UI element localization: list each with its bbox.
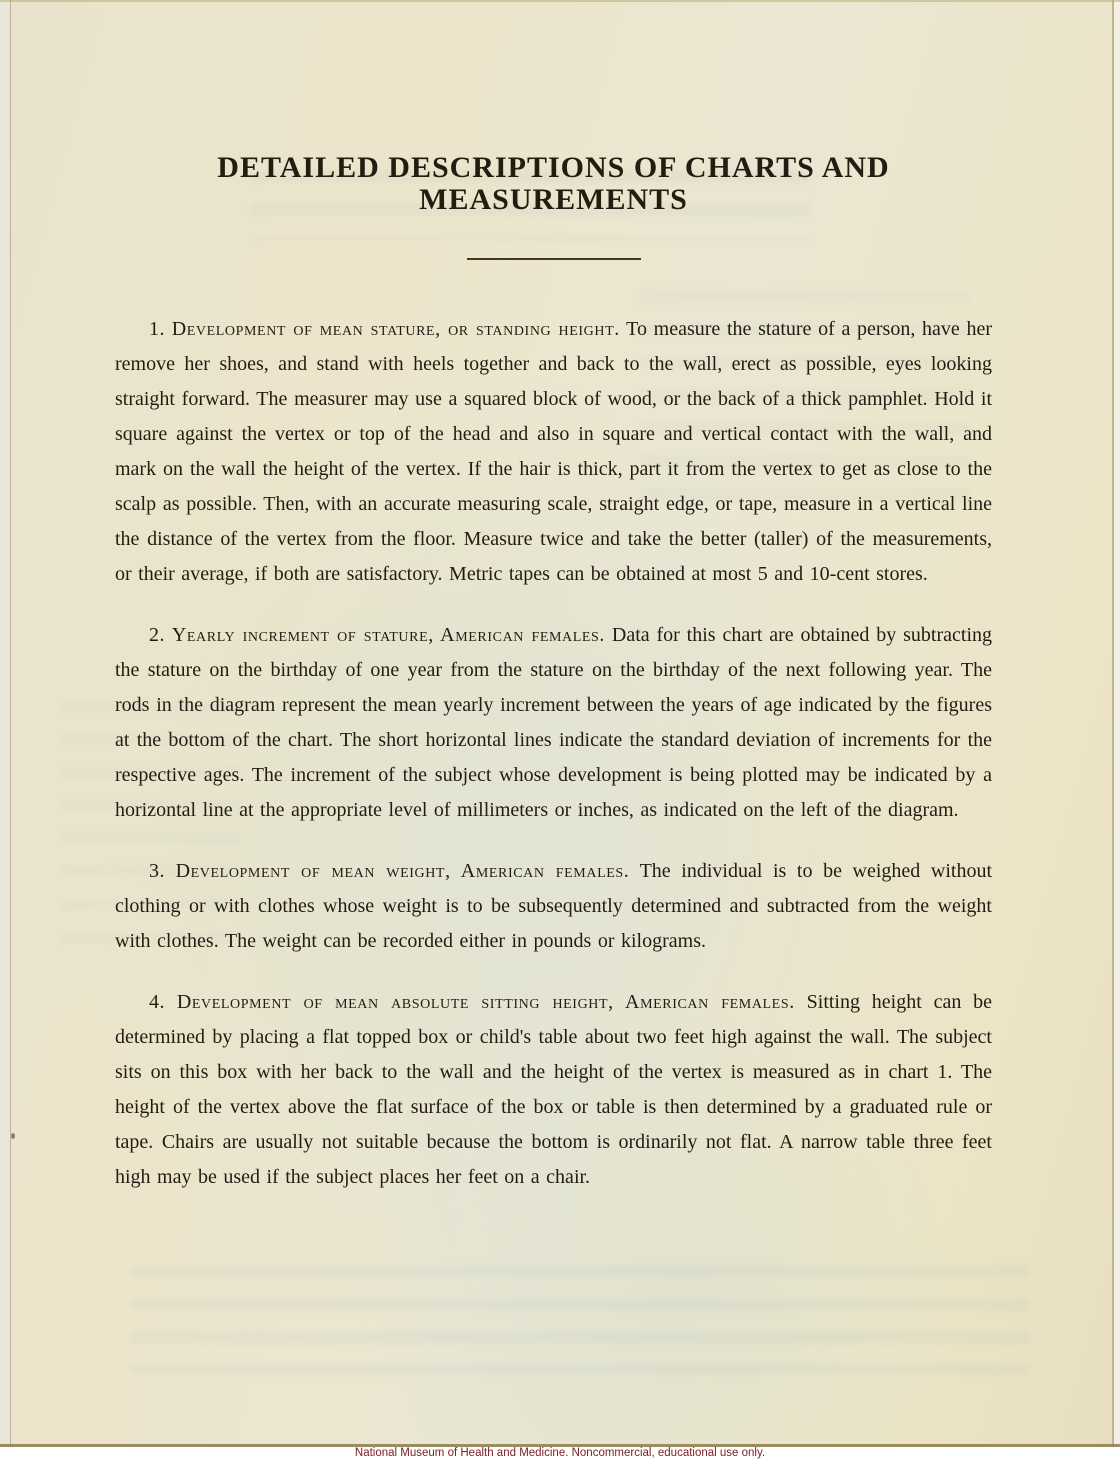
title-divider <box>467 258 641 260</box>
watermark-text: National Museum of Health and Medicine. … <box>355 1447 765 1459</box>
section-number: 3. <box>149 860 165 882</box>
page-edge-bottom <box>0 1444 1120 1447</box>
section-heading: Development of mean weight, American fem… <box>176 860 630 882</box>
section-number: 2. <box>149 624 165 646</box>
scan-speck <box>11 1133 15 1139</box>
section-heading: Development of mean absolute sitting hei… <box>177 991 795 1013</box>
section-number: 1. <box>149 318 165 340</box>
bleed-through <box>130 1265 1030 1375</box>
page-edge-left <box>0 0 11 1447</box>
section-paragraph-1: 1. Development of mean stature, or stand… <box>115 312 992 592</box>
page-edge-right <box>1112 0 1120 1447</box>
section-body: Sitting height can be determined by plac… <box>115 991 992 1188</box>
scanned-page: DETAILED DESCRIPTIONS OF CHARTS AND MEAS… <box>0 0 1120 1447</box>
page-edge-top <box>0 0 1120 2</box>
section-paragraph-3: 3. Development of mean weight, American … <box>115 854 992 959</box>
section-body: Data for this chart are obtained by subt… <box>115 624 992 821</box>
text-column: DETAILED DESCRIPTIONS OF CHARTS AND MEAS… <box>115 0 992 1221</box>
section-paragraph-4: 4. Development of mean absolute sitting … <box>115 985 992 1195</box>
body-text: 1. Development of mean stature, or stand… <box>115 312 992 1195</box>
section-paragraph-2: 2. Yearly increment of stature, American… <box>115 618 992 828</box>
watermark-strip: National Museum of Health and Medicine. … <box>0 1447 1120 1460</box>
section-heading: Development of mean stature, or standing… <box>172 318 620 340</box>
section-body: To measure the stature of a person, have… <box>115 318 992 585</box>
section-number: 4. <box>149 991 165 1013</box>
section-heading: Yearly increment of stature, American fe… <box>172 624 605 646</box>
page-title: DETAILED DESCRIPTIONS OF CHARTS AND MEAS… <box>115 152 992 216</box>
